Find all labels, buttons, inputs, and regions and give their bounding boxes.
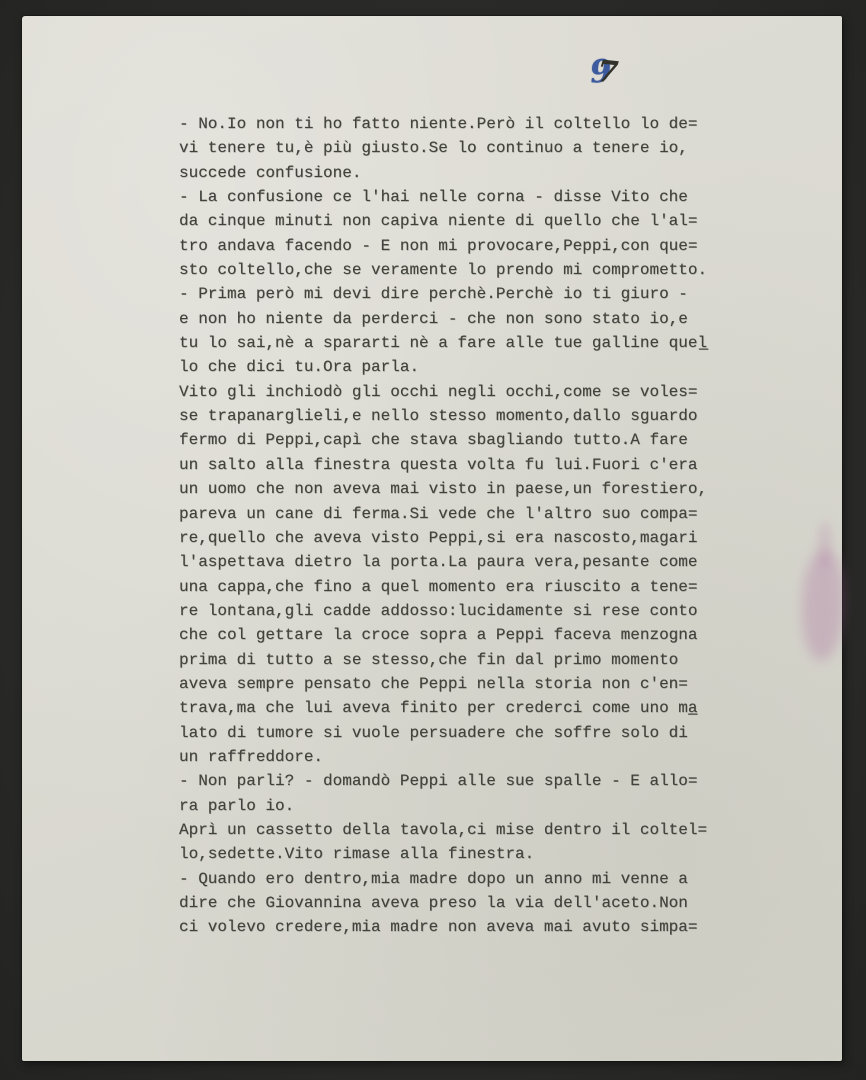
typed-line: trava,ma che lui aveva finito per creder… <box>179 696 739 720</box>
typed-line: se trapanarglieli,e nello stesso momento… <box>179 404 739 428</box>
typed-line: dire che Giovannina aveva preso la via d… <box>179 891 739 915</box>
typed-line: Aprì un cassetto della tavola,ci mise de… <box>179 818 739 842</box>
typed-line: fermo di Peppi,capì che stava sbagliando… <box>179 428 739 452</box>
typed-line: lo,sedette.Vito rimase alla finestra. <box>179 842 739 866</box>
typed-line: tro andava facendo - E non mi provocare,… <box>179 234 739 258</box>
typed-line: - Prima però mi devi dire perchè.Perchè … <box>179 282 739 306</box>
typed-line: lo che dici tu.Ora parla. <box>179 355 739 379</box>
typed-line: Vito gli inchiodò gli occhi negli occhi,… <box>179 380 739 404</box>
typed-line: un raffreddore. <box>179 745 739 769</box>
typed-line: ra parlo io. <box>179 794 739 818</box>
typed-line: vi tenere tu,è più giusto.Se lo continuo… <box>179 136 739 160</box>
ink-stain-small <box>818 521 832 569</box>
typed-line: una cappa,che fino a quel momento era ri… <box>179 575 739 599</box>
typed-line: che col gettare la croce sopra a Peppi f… <box>179 623 739 647</box>
typewritten-text: - No.Io non ti ho fatto niente.Però il c… <box>179 112 739 940</box>
typed-line: sto coltello,che se veramente lo prendo … <box>179 258 739 282</box>
typed-line: lato di tumore si vuole persuadere che s… <box>179 721 739 745</box>
typed-line: - Quando ero dentro,mia madre dopo un an… <box>179 867 739 891</box>
typed-line: un salto alla finestra questa volta fu l… <box>179 453 739 477</box>
typed-line: - La confusione ce l'hai nelle corna - d… <box>179 185 739 209</box>
typed-line: e non ho niente da perderci - che non so… <box>179 307 739 331</box>
typed-line: da cinque minuti non capiva niente di qu… <box>179 209 739 233</box>
manuscript-page: 97 - No.Io non ti ho fatto niente.Però i… <box>22 16 842 1061</box>
page-number: 97 <box>590 54 617 96</box>
typed-line: re lontana,gli cadde addosso:lucidamente… <box>179 599 739 623</box>
typed-line: ci volevo credere,mia madre non aveva ma… <box>179 915 739 939</box>
typed-line: succede confusione. <box>179 161 739 185</box>
typed-line: - Non parli? - domandò Peppi alle sue sp… <box>179 769 739 793</box>
typed-line: re,quello che aveva visto Peppi,si era n… <box>179 526 739 550</box>
typed-line: aveva sempre pensato che Peppi nella sto… <box>179 672 739 696</box>
typed-page-number: 7 <box>595 54 619 91</box>
typed-line: pareva un cane di ferma.Si vede che l'al… <box>179 502 739 526</box>
typed-line: un uomo che non aveva mai visto in paese… <box>179 477 739 501</box>
typed-line: - No.Io non ti ho fatto niente.Però il c… <box>179 112 739 136</box>
scan-background: 97 - No.Io non ti ho fatto niente.Però i… <box>0 0 866 1080</box>
typed-line: l'aspettava dietro la porta.La paura ver… <box>179 550 739 574</box>
typed-line: tu lo sai,nè a spararti nè a fare alle t… <box>179 331 739 355</box>
typed-line: prima di tutto a se stesso,che fin dal p… <box>179 648 739 672</box>
